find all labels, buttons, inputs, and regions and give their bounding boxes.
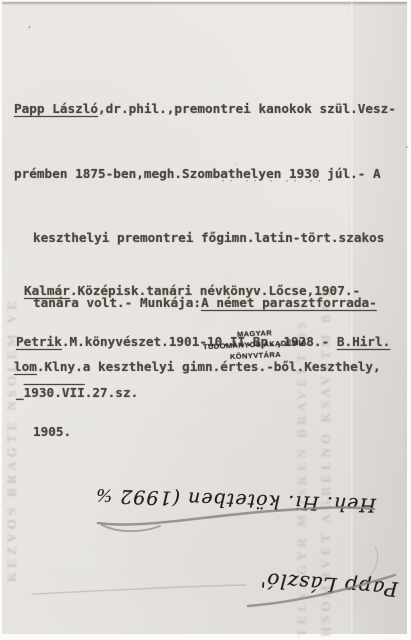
biography-text: prémben 1875-ben,megh.Szombathelyen 1930… xyxy=(14,166,381,181)
source-name: B.Hirl. xyxy=(337,334,390,349)
citation-date: 1930.VII xyxy=(24,385,85,400)
stray-apostrophe-mark: ’ xyxy=(26,24,32,37)
scanned-catalog-card: { "colors": { "paper": "#eae7e2", "ink":… xyxy=(0,0,411,640)
biography-line: keszthelyi premontrei főgimn.latin-tört.… xyxy=(14,227,396,249)
bibliography-text: .27.sz. xyxy=(85,385,138,400)
strikethrough-loop xyxy=(102,525,160,531)
edge-dash-mark: - xyxy=(404,142,410,153)
bibliography-line: Kalmár.Középisk.tanári névkönyv.Lőcse,19… xyxy=(16,282,390,299)
source-name: Petrik xyxy=(16,334,62,349)
faint-pencil-line xyxy=(32,585,246,594)
source-name: Kalmár xyxy=(24,283,70,298)
bibliography-line: _1930.VII.27.sz. xyxy=(16,384,390,401)
bibliography-text: .Középisk.tanári névkönyv.Lőcse,1907.- xyxy=(70,283,360,298)
biography-line: prémben 1875-ben,megh.Szombathelyen 1930… xyxy=(14,163,396,185)
biography-text: keszthelyi premontrei főgimn.latin-tört.… xyxy=(33,230,384,245)
scan-top-edge xyxy=(2,2,407,5)
card-paper: KEZVOS BRAGTE NSOLEM VE TELVAGYR MOSKEN … xyxy=(2,2,407,634)
underscore-mark: _ xyxy=(16,385,24,400)
library-stamp: MAGYAR TUDOMÁNYOS AKADÉMIA KÖNYVTÁRA xyxy=(199,326,310,364)
biography-line: Papp László,dr.phil.,premontrei kanokok … xyxy=(14,98,396,120)
biography-text: ,dr.phil.,premontrei kanokok szül.Vesz- xyxy=(98,101,396,116)
entry-name: Papp László xyxy=(14,101,98,116)
